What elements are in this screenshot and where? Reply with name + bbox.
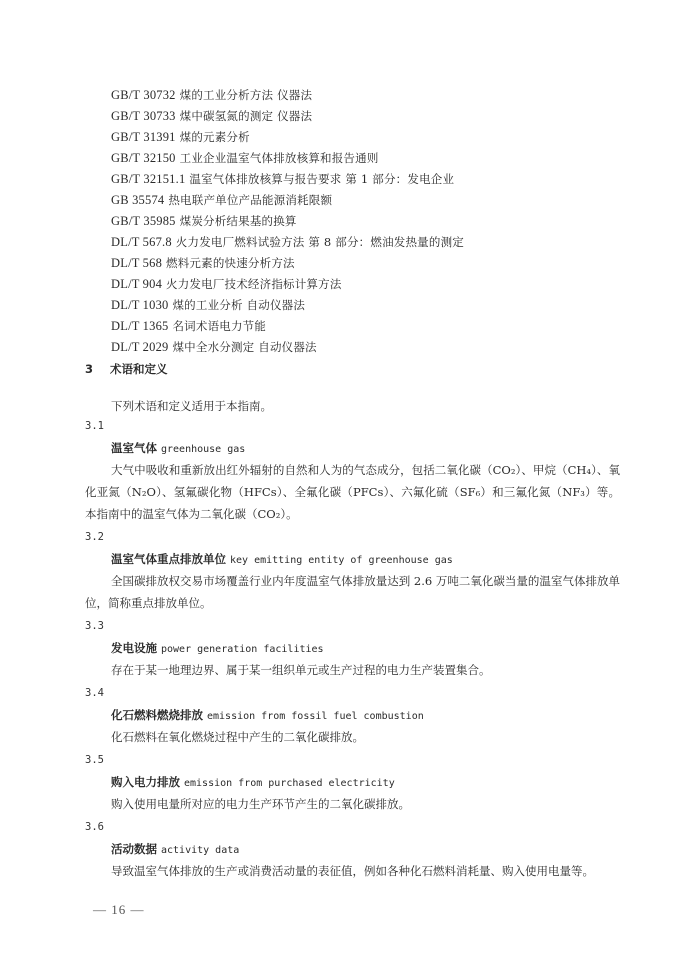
term-entry: 3.5 购入电力排放emission from purchased electr… [85,749,620,815]
reference-code: GB/T 30733 [111,109,176,123]
section-intro: 下列术语和定义适用于本指南。 [111,398,272,414]
reference-title: 工业企业温室气体排放核算和报告通则 [180,151,379,165]
term-title: 化石燃料燃烧排放emission from fossil fuel combus… [85,704,620,726]
reference-item: GB/T 35985煤炭分析结果基的换算 [111,211,464,232]
term-definition: 导致温室气体排放的生产或消费活动量的表征值，例如各种化石燃料消耗量、购入使用电量… [85,860,620,882]
term-en: emission from fossil fuel combustion [207,711,424,722]
term-entry: 3.4 化石燃料燃烧排放emission from fossil fuel co… [85,682,620,748]
reference-item: GB/T 32150工业企业温室气体排放核算和报告通则 [111,148,464,169]
term-entry: 3.3 发电设施power generation facilities 存在于某… [85,615,620,681]
reference-code: GB/T 32151.1 [111,172,185,186]
reference-code: DL/T 567.8 [111,235,172,249]
term-entry: 3.2 温室气体重点排放单位key emitting entity of gre… [85,526,620,614]
reference-title: 火力发电厂技术经济指标计算方法 [166,277,342,291]
reference-title: 煤的工业分析方法 仪器法 [180,88,313,102]
term-zh: 发电设施 [111,641,157,655]
term-en: activity data [161,845,239,856]
reference-item: GB/T 30733煤中碳氢氮的测定 仪器法 [111,106,464,127]
reference-title: 温室气体排放核算与报告要求 第 1 部分：发电企业 [189,172,454,186]
term-number: 3.1 [85,415,620,437]
term-en: greenhouse gas [161,444,245,455]
term-en: emission from purchased electricity [184,778,395,789]
section-number: 3 [85,362,110,376]
term-zh: 化石燃料燃烧排放 [111,708,203,722]
reference-item: DL/T 1365名词术语电力节能 [111,316,464,337]
term-en: power generation facilities [161,644,324,655]
reference-title: 煤炭分析结果基的换算 [180,214,297,228]
term-title: 发电设施power generation facilities [85,637,620,659]
reference-item: GB/T 30732煤的工业分析方法 仪器法 [111,85,464,106]
reference-code: DL/T 904 [111,277,162,291]
term-definition: 购入使用电量所对应的电力生产环节产生的二氧化碳排放。 [85,793,620,815]
reference-title: 燃料元素的快速分析方法 [166,256,295,270]
term-title: 温室气体greenhouse gas [85,437,620,459]
term-definition: 化石燃料在氧化燃烧过程中产生的二氧化碳排放。 [85,726,620,748]
term-definition: 全国碳排放权交易市场覆盖行业内年度温室气体排放量达到 2.6 万吨二氧化碳当量的… [85,570,620,614]
term-definition: 大气中吸收和重新放出红外辐射的自然和人为的气态成分，包括二氧化碳（CO₂）、甲烷… [85,459,620,525]
term-entry: 3.6 活动数据activity data 导致温室气体排放的生产或消费活动量的… [85,816,620,882]
reference-title: 火力发电厂燃料试验方法 第 8 部分：燃油发热量的测定 [176,235,464,249]
reference-code: DL/T 2029 [111,340,168,354]
reference-title: 煤的工业分析 自动仪器法 [172,298,305,312]
reference-title: 热电联产单位产品能源消耗限额 [168,193,332,207]
reference-code: GB/T 31391 [111,130,176,144]
reference-item: DL/T 1030煤的工业分析 自动仪器法 [111,295,464,316]
term-entry: 3.1 温室气体greenhouse gas 大气中吸收和重新放出红外辐射的自然… [85,415,620,525]
reference-title: 名词术语电力节能 [172,319,266,333]
reference-code: GB/T 35985 [111,214,176,228]
reference-code: DL/T 1365 [111,319,168,333]
term-definition: 存在于某一地理边界、属于某一组织单元或生产过程的电力生产装置集合。 [85,659,620,681]
section-heading: 3术语和定义 [85,361,168,377]
reference-code: GB/T 32150 [111,151,176,165]
term-number: 3.2 [85,526,620,548]
term-zh: 温室气体 [111,441,157,455]
terms-definitions: 3.1 温室气体greenhouse gas 大气中吸收和重新放出红外辐射的自然… [85,415,620,883]
section-title: 术语和定义 [110,362,168,376]
reference-item: DL/T 904火力发电厂技术经济指标计算方法 [111,274,464,295]
reference-item: DL/T 567.8火力发电厂燃料试验方法 第 8 部分：燃油发热量的测定 [111,232,464,253]
term-title: 购入电力排放emission from purchased electricit… [85,771,620,793]
normative-references-list: GB/T 30732煤的工业分析方法 仪器法 GB/T 30733煤中碳氢氮的测… [111,85,464,358]
term-number: 3.4 [85,682,620,704]
reference-title: 煤中全水分测定 自动仪器法 [172,340,316,354]
term-zh: 温室气体重点排放单位 [111,552,226,566]
term-zh: 购入电力排放 [111,775,180,789]
reference-item: GB 35574热电联产单位产品能源消耗限额 [111,190,464,211]
reference-item: GB/T 32151.1温室气体排放核算与报告要求 第 1 部分：发电企业 [111,169,464,190]
reference-code: DL/T 1030 [111,298,168,312]
term-title: 温室气体重点排放单位key emitting entity of greenho… [85,548,620,570]
reference-code: GB 35574 [111,193,164,207]
term-en: key emitting entity of greenhouse gas [230,555,453,566]
page-number: — 16 — [93,902,145,918]
reference-title: 煤中碳氢氮的测定 仪器法 [180,109,313,123]
reference-item: DL/T 568燃料元素的快速分析方法 [111,253,464,274]
term-zh: 活动数据 [111,842,157,856]
reference-item: DL/T 2029煤中全水分测定 自动仪器法 [111,337,464,358]
reference-title: 煤的元素分析 [180,130,250,144]
term-number: 3.3 [85,615,620,637]
reference-code: GB/T 30732 [111,88,176,102]
reference-code: DL/T 568 [111,256,162,270]
reference-item: GB/T 31391煤的元素分析 [111,127,464,148]
term-number: 3.5 [85,749,620,771]
term-title: 活动数据activity data [85,838,620,860]
document-page: GB/T 30732煤的工业分析方法 仪器法 GB/T 30733煤中碳氢氮的测… [0,0,693,979]
term-number: 3.6 [85,816,620,838]
